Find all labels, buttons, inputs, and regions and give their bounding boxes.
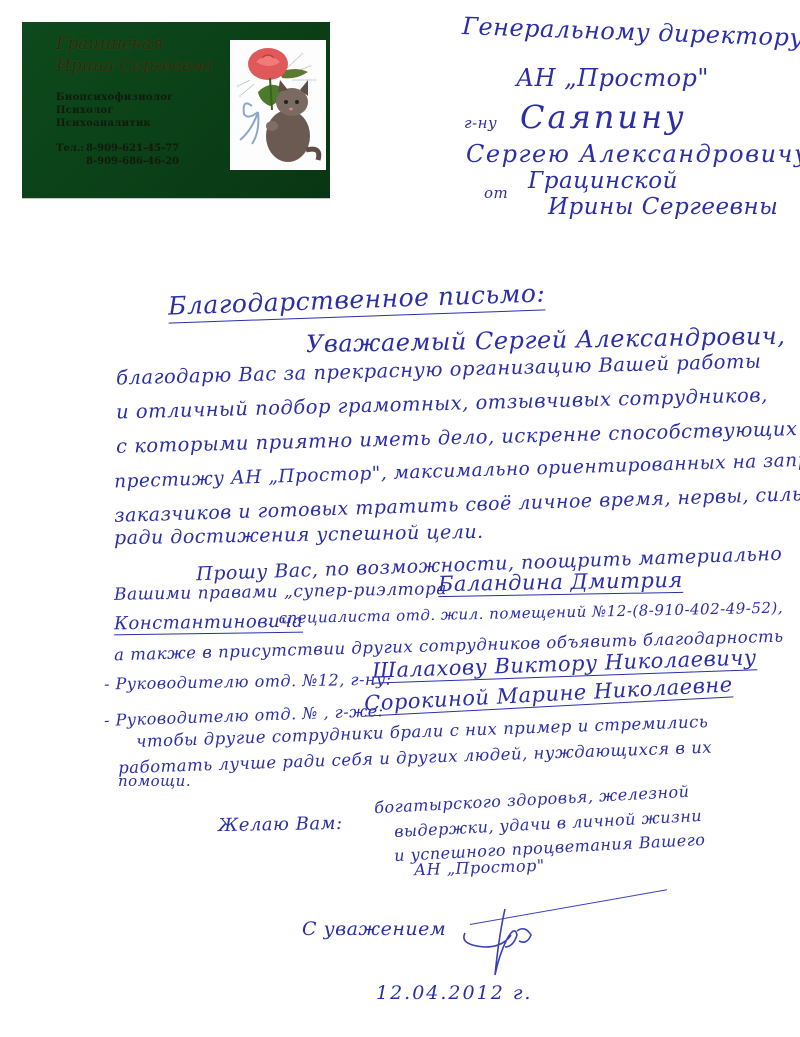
card-phone-label: Тел.: xyxy=(56,143,84,154)
rose-kitten-icon xyxy=(230,40,326,170)
card-phone: 8-909-621-45-77 xyxy=(86,143,179,154)
letter-date: 12.04.2012 г. xyxy=(376,982,532,1004)
wishes-line: АН „Простор" xyxy=(414,856,545,880)
card-surname: Грацинская xyxy=(56,34,163,54)
wishes-prefix: Желаю Вам: xyxy=(218,813,343,836)
addressee-prefix: г-ну xyxy=(464,114,497,132)
business-card: Грацинская Ирина Сергеевна Биопсихофизио… xyxy=(22,22,330,198)
card-role: Психолог xyxy=(56,105,114,116)
employee-name-first: Баландина Дмитрия xyxy=(438,568,683,597)
rose-kitten-picture xyxy=(230,40,326,170)
dept-head-prefix: - Руководителю отд. №12, г-ну: xyxy=(104,669,392,693)
addressee-name: Сергею Александровичу xyxy=(466,140,800,168)
addressee-line-director: Генеральному директору xyxy=(462,12,800,52)
letter-regards: С уважением xyxy=(302,918,446,940)
letter-title: Благодарственное письмо: xyxy=(168,278,546,323)
card-name: Ирина Сергеевна xyxy=(56,56,213,76)
card-role: Психоаналитик xyxy=(56,118,151,129)
sender-name: Ирины Сергеевны xyxy=(548,194,778,220)
addressee-agency: АН „Простор" xyxy=(516,64,709,92)
card-phone: 8-909-686-46-20 xyxy=(86,156,179,167)
employee-description: , специалиста отд. жил. помещений №12-(8… xyxy=(268,599,783,628)
letter-closing-line: помощи. xyxy=(118,772,191,790)
addressee-surname: Саяпину xyxy=(520,98,687,136)
sender-prefix: от xyxy=(484,184,508,202)
letter-body-line: с которыми приятно иметь дело, искренне … xyxy=(116,417,798,458)
letter-request-line: Вашими правами „супер-риэлтора xyxy=(114,579,447,605)
signature-icon xyxy=(455,895,575,985)
card-role: Биопсихофизиолог xyxy=(56,92,174,103)
sender-surname: Грацинской xyxy=(528,168,678,194)
letter-body-line: и отличный подбор грамотных, отзывчивых … xyxy=(116,383,768,423)
